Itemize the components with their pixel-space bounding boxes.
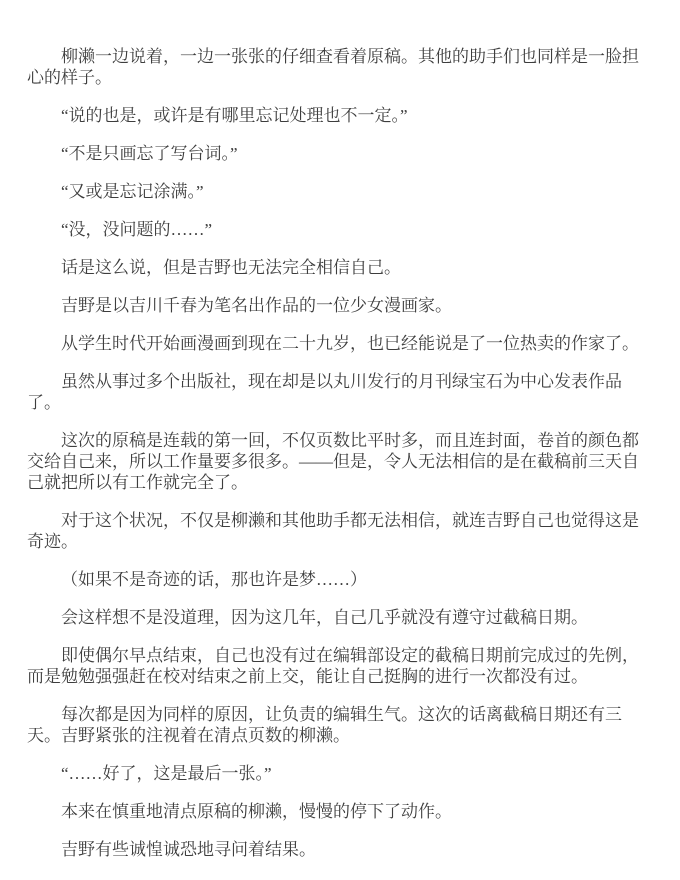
paragraph: “……好了，这是最后一张。” [27,763,655,784]
document-page: 柳濑一边说着，一边一张张的仔细查看着原稿。其他的助手们也同样是一脸担心的样子。“… [0,0,680,880]
paragraph: 虽然从事过多个出版社，现在却是以丸川发行的月刊绿宝石为中心发表作品了。 [27,371,655,413]
paragraph: 会这样想不是没道理，因为这几年，自己几乎就没有遵守过截稿日期。 [27,607,655,628]
paragraph: “没，没问题的……” [27,219,655,240]
paragraph: 本来在慎重地清点原稿的柳濑，慢慢的停下了动作。 [27,801,655,822]
paragraph: “说的也是，或许是有哪里忘记处理也不一定。” [27,105,655,126]
paragraph: 每次都是因为同样的原因，让负责的编辑生气。这次的话离截稿日期还有三天。吉野紧张的… [27,704,655,746]
paragraph: （如果不是奇迹的话，那也许是梦……） [27,569,655,590]
paragraph: 即使偶尔早点结束，自己也没有过在编辑部设定的截稿日期前完成过的先例，而是勉勉强强… [27,645,655,687]
paragraph: 对于这个状况，不仅是柳濑和其他助手都无法相信，就连吉野自己也觉得这是奇迹。 [27,510,655,552]
paragraph: 吉野是以吉川千春为笔名出作品的一位少女漫画家。 [27,295,655,316]
document-body: 柳濑一边说着，一边一张张的仔细查看着原稿。其他的助手们也同样是一脸担心的样子。“… [0,0,680,860]
paragraph: 柳濑一边说着，一边一张张的仔细查看着原稿。其他的助手们也同样是一脸担心的样子。 [27,46,655,88]
paragraph: “不是只画忘了写台词。” [27,143,655,164]
paragraph: 这次的原稿是连载的第一回，不仅页数比平时多，而且连封面，卷首的颜色都交给自己来，… [27,430,655,493]
paragraph: 吉野有些诚惶诚恐地寻问着结果。 [27,839,655,860]
paragraph: 从学生时代开始画漫画到现在二十九岁，也已经能说是了一位热卖的作家了。 [27,333,655,354]
paragraph: “又或是忘记涂满。” [27,181,655,202]
paragraph: 话是这么说，但是吉野也无法完全相信自己。 [27,257,655,278]
